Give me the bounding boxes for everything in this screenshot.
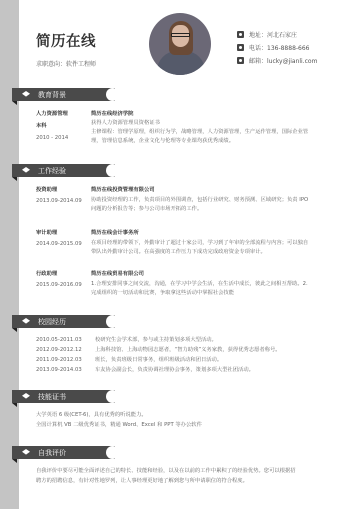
section-header-campus: 校园经历 <box>12 315 115 328</box>
chart-icon <box>22 167 30 174</box>
building-icon <box>22 318 30 325</box>
work-desc: 在项目经理的带领下，外勤审计了超过十家公司，学习到了年审的全部流程与内容；可以独… <box>91 239 308 248</box>
campus-date: 2013.09-2014.03 <box>36 366 82 375</box>
work-desc: 带队出外勤审计公司。在高强度的工作压力下成功完成政府资金专项审计。 <box>91 248 266 257</box>
user-icon <box>22 449 30 456</box>
work-role: 投资助理 <box>36 186 57 195</box>
campus-date: 2012.09-2012.12 <box>36 346 82 355</box>
edu-degree: 本科 <box>36 122 47 131</box>
work-desc: 完成组织的一切活动和比赛，争取拿这些活动中掌握社会技能 <box>91 289 234 298</box>
mail-icon <box>237 57 244 64</box>
section-header-work: 工作经验 <box>12 164 115 177</box>
work-date: 2013.09-2014.09 <box>36 197 82 206</box>
resume-title: 简历在线 <box>36 30 96 51</box>
edu-major: 人力资源管理 <box>36 110 68 119</box>
self-eval-line: 自我评价中要尽可能全面评述自己的特长、技能和经验，以及在以前的工作中累积了的经验… <box>36 467 296 476</box>
edu-cert: 获得人力资源管理员资格证书 <box>91 119 160 128</box>
work-role: 行政助理 <box>36 270 57 279</box>
left-accent-strip <box>0 0 19 509</box>
edu-courses-2: 理，管理信息系统，企业文化与伦理等专业课均获优秀成绩。 <box>91 137 234 146</box>
graduation-cap-icon <box>22 91 30 98</box>
contact-phone: 电话：136-8888-666 <box>237 43 310 52</box>
campus-text: 上海科技馆、上海动物园志愿者，“智力助残”义务家教，获得优秀志愿者称号。 <box>95 346 281 355</box>
work-company: 简历在线贸易有限公司 <box>91 270 144 279</box>
contact-address: 地址：河北石家庄 <box>237 30 297 39</box>
edu-courses-1: 主修课程：管理学原理，组织行为学，战略管理，人力资源管理，生产运作管理，国际企业… <box>91 128 308 137</box>
self-eval-line: 聘方的招聘信息，有针对性地罗列，让人事经理更好地了解到您与所申请职位的符合程度。 <box>36 477 248 486</box>
edu-school: 简历在线经济学院 <box>91 110 133 119</box>
section-header-education: 教育背景 <box>12 88 115 101</box>
campus-text: 车友协会副会长，负责协调社理协会事务，策划多项大型社团活动。 <box>95 366 254 375</box>
avatar-photo <box>149 13 211 75</box>
phone-icon <box>237 44 244 51</box>
edu-years: 2010 - 2014 <box>36 134 68 143</box>
campus-text: 校研究生会学术部，参与或主持策划多项大型活动。 <box>95 336 217 345</box>
work-desc: 1.合理安排同事之间交流，沟通，在学习中学会生活，在生活中成长，彼此之间相互帮助… <box>91 280 308 289</box>
contact-email: 邮箱：lucky@jianli.com <box>237 56 317 65</box>
work-company: 简历在线投资管理有限公司 <box>91 186 155 195</box>
job-intent: 求职意向：软件工程师 <box>36 59 96 68</box>
location-icon <box>237 31 244 38</box>
section-header-skills: 技能证书 <box>12 390 115 403</box>
work-role: 审计助理 <box>36 229 57 238</box>
skill-line: 全国计算机 VB 二级优秀证书，精通 Word、Excel 和 PPT 等办公软… <box>36 421 202 430</box>
work-date: 2014.09-2015.09 <box>36 240 82 249</box>
award-icon <box>22 393 30 400</box>
section-header-self-evaluation: 自我评价 <box>12 446 115 459</box>
work-company: 简历在线会计事务所 <box>91 229 139 238</box>
campus-date: 2010.05-2011.03 <box>36 336 82 345</box>
work-desc: 问题的分析报告等；参与公司市场开拓的工作。 <box>91 205 202 214</box>
skill-line: 大学英语 6 级(CET-6)，具有优秀的听说能力。 <box>36 411 147 420</box>
campus-date: 2011.09-2012.03 <box>36 356 82 365</box>
campus-text: 班长，负责班级日常事务，组织班级活动和团日活动。 <box>95 356 222 365</box>
work-date: 2015.09-2016.09 <box>36 281 82 290</box>
work-desc: 协助投资经理的工作，负责项目的外围调查，包括行业研究、财务预测、区域研究；负责 … <box>91 196 308 205</box>
